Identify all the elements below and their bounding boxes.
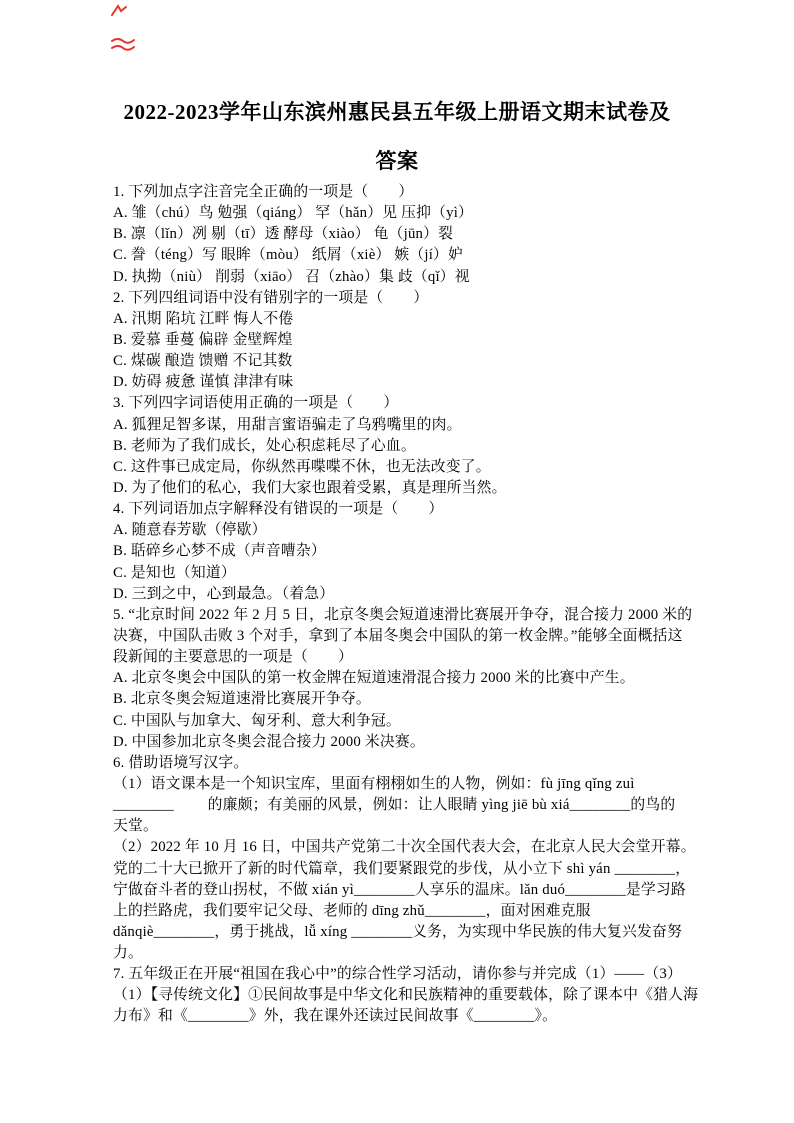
text-line: D. 执拗（niù） 削弱（xiāo） 召（zhào）集 歧（qǐ）视 — [113, 267, 685, 288]
document-title: 2022-2023学年山东滨州惠民县五年级上册语文期末试卷及 答案 — [113, 88, 681, 186]
red-mark-stroke — [112, 39, 134, 43]
text-line: A. 汛期 陷坑 江畔 悔人不倦 — [113, 309, 685, 330]
document-title-line1: 2022-2023学年山东滨州惠民县五年级上册语文期末试卷及 — [113, 88, 681, 137]
text-line: 上的拦路虎，我们要牢记父母、老师的 dīng zhǔ________，面对困难克… — [113, 901, 685, 922]
text-line: D. 妨碍 疲惫 谨慎 津津有味 — [113, 372, 685, 393]
red-mark-stroke — [112, 6, 126, 15]
text-line: A. 雏（chú）鸟 勉强（qiáng） 罕（hǎn）见 压抑（yì） — [113, 203, 685, 224]
text-line: 3. 下列四字词语使用正确的一项是（ ） — [113, 393, 685, 414]
text-line: 2. 下列四组词语中没有错别字的一项是（ ） — [113, 288, 685, 309]
text-line: A. 狐狸足智多谋，用甜言蜜语骗走了乌鸦嘴里的肉。 — [113, 415, 685, 436]
text-line: B. 老师为了我们成长，处心积虑耗尽了心血。 — [113, 436, 685, 457]
text-line: （1）语文课本是一个知识宝库，里面有栩栩如生的人物，例如：fù jīng qǐn… — [113, 774, 685, 795]
text-line: 宁做奋斗者的登山拐杖，不做 xián yì________人享乐的温床。lǎn … — [113, 880, 685, 901]
text-line: C. 中国队与加拿大、匈牙利、意大利争冠。 — [113, 711, 685, 732]
text-line: D. 中国参加北京冬奥会混合接力 2000 米决赛。 — [113, 732, 685, 753]
text-line: ________ 的廉颇；有美丽的风景，例如：让人眼睛 yìng jiē bù … — [113, 795, 685, 816]
document-body: 1. 下列加点字注音完全正确的一项是（ ）A. 雏（chú）鸟 勉强（qiáng… — [113, 182, 685, 1028]
text-line: 力。 — [113, 943, 685, 964]
text-line: （1）【寻传统文化】①民间故事是中华文化和民族精神的重要载体，除了课本中《猎人海 — [113, 985, 685, 1006]
text-line: B. 北京冬奥会短道速滑比赛展开争夺。 — [113, 689, 685, 710]
text-line: C. 是知也（知道） — [113, 563, 685, 584]
red-mark-stroke — [112, 46, 134, 50]
red-annotation-mark-icon — [110, 4, 128, 19]
text-line: C. 煤碳 酿造 馈赠 不记其数 — [113, 351, 685, 372]
text-line: 党的二十大已掀开了新的时代篇章，我们要紧跟党的步伐，从小立下 shì yán _… — [113, 859, 685, 880]
text-line: 天堂。 — [113, 816, 685, 837]
text-line: C. 誊（téng）写 眼眸（mòu） 纸屑（xiè） 嫉（jí）妒 — [113, 245, 685, 266]
text-line: dǎnqiè________，勇于挑战，lǚ xíng ________义务，为… — [113, 922, 685, 943]
text-line: 6. 借助语境写汉字。 — [113, 753, 685, 774]
text-line: 1. 下列加点字注音完全正确的一项是（ ） — [113, 182, 685, 203]
text-line: （2）2022 年 10 月 16 日，中国共产党第二十次全国代表大会，在北京人… — [113, 837, 685, 858]
text-line: B. 凛（lǐn）冽 剔（tī）透 酵母（xiào） 龟（jūn）裂 — [113, 224, 685, 245]
text-line: A. 随意春芳歇（停歇） — [113, 520, 685, 541]
text-line: 力布》和《________》外，我在课外还读过民间故事《________》。 — [113, 1006, 685, 1027]
text-line: D. 为了他们的私心，我们大家也跟着受累，真是理所当然。 — [113, 478, 685, 499]
text-line: B. 聒碎乡心梦不成（声音嘈杂） — [113, 541, 685, 562]
text-line: A. 北京冬奥会中国队的第一枚金牌在短道速滑混合接力 2000 米的比赛中产生。 — [113, 668, 685, 689]
text-line: 决赛，中国队击败 3 个对手，拿到了本届冬奥会中国队的第一枚金牌。”能够全面概括… — [113, 626, 685, 647]
text-line: 段新闻的主要意思的一项是（ ） — [113, 647, 685, 668]
text-line: C. 这件事已成定局，你纵然再喋喋不休，也无法改变了。 — [113, 457, 685, 478]
text-line: 5. “北京时间 2022 年 2 月 5 日，北京冬奥会短道速滑比赛展开争夺，… — [113, 605, 685, 626]
document-title-line2: 答案 — [113, 137, 681, 186]
red-annotation-mark-icon — [110, 36, 136, 53]
text-line: 4. 下列词语加点字解释没有错误的一项是（ ） — [113, 499, 685, 520]
exam-page: 2022-2023学年山东滨州惠民县五年级上册语文期末试卷及 答案 1. 下列加… — [0, 0, 794, 1123]
text-line: D. 三到之中，心到最急。（着急） — [113, 584, 685, 605]
text-line: 7. 五年级正在开展“祖国在我心中”的综合性学习活动，请你参与并完成（1）——（… — [113, 964, 685, 985]
text-line: B. 爱慕 垂蔓 偏辟 金壁辉煌 — [113, 330, 685, 351]
